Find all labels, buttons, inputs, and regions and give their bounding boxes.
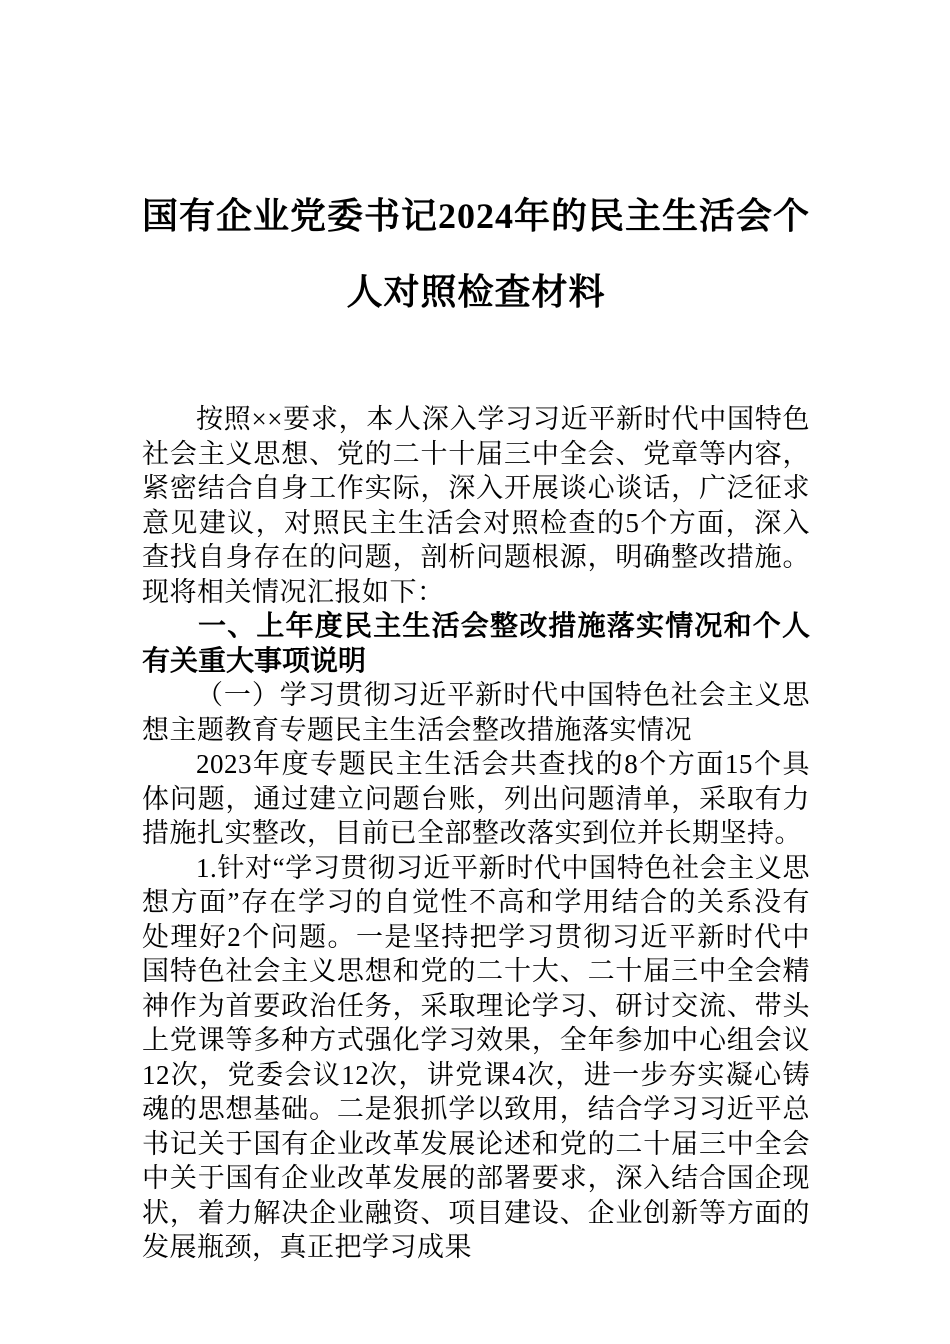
subsection-heading-1-1: （一）学习贯彻习近平新时代中国特色社会主义思想主题教育专题民主生活会整改措施落实… (142, 678, 810, 747)
paragraph-intro: 按照××要求，本人深入学习习近平新时代中国特色社会主义思想、党的二十十届三中全会… (142, 402, 810, 609)
paragraph-item-1: 1.针对“学习贯彻习近平新时代中国特色社会主义思想方面”存在学习的自觉性不高和学… (142, 851, 810, 1265)
document-page: 国有企业党委书记2024年的民主生活会个人对照检查材料 按照××要求，本人深入学… (0, 0, 950, 1344)
document-body: 按照××要求，本人深入学习习近平新时代中国特色社会主义思想、党的二十十届三中全会… (142, 402, 810, 1265)
document-title: 国有企业党委书记2024年的民主生活会个人对照检查材料 (142, 178, 810, 330)
section-heading-1: 一、上年度民主生活会整改措施落实情况和个人有关重大事项说明 (142, 609, 810, 678)
paragraph-2023-summary: 2023年度专题民主生活会共查找的8个方面15个具体问题，通过建立问题台账，列出… (142, 747, 810, 851)
